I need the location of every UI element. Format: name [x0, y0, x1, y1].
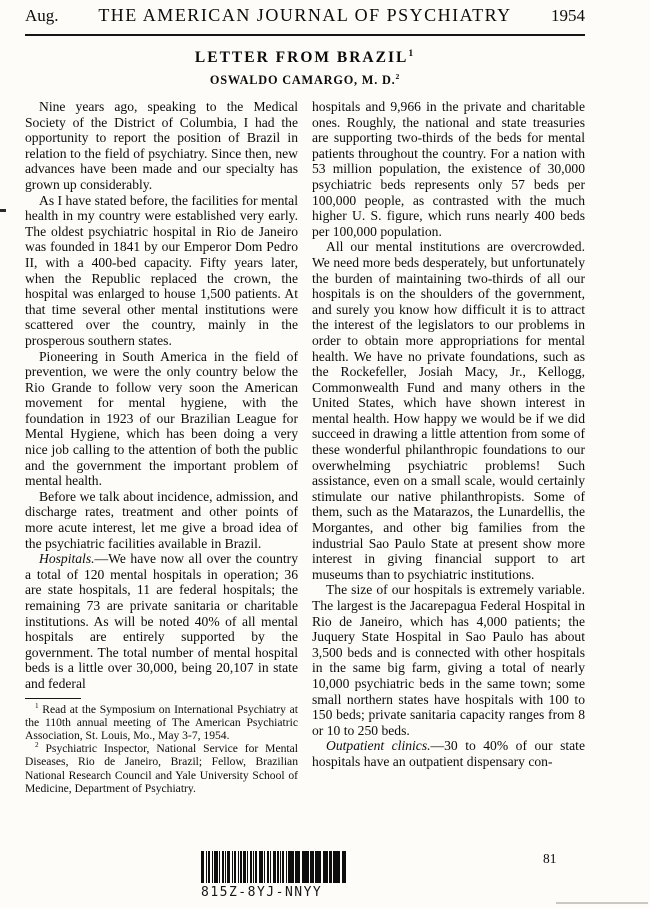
article-author-text: OSWALDO CAMARGO, M. D. — [210, 73, 396, 87]
scan-artifact-left-mark — [0, 209, 6, 212]
paragraph: Before we talk about incidence, admissio… — [25, 489, 298, 551]
paragraph: Hospitals.—We have now all over the coun… — [25, 551, 298, 691]
barcode-bar — [302, 851, 309, 883]
barcode-bars — [201, 851, 387, 883]
footnote: 2 Psychiatric Inspector, National Servic… — [25, 742, 298, 795]
paragraph: As I have stated before, the facilities … — [25, 193, 298, 349]
scan-artifact-bottom-line — [556, 902, 648, 904]
page-content: Aug. THE AMERICAN JOURNAL OF PSYCHIATRY … — [25, 0, 585, 795]
footnote-marker: 2 — [35, 741, 39, 749]
article-author: OSWALDO CAMARGO, M. D.2 — [25, 73, 585, 88]
article-title-text: LETTER FROM BRAZIL — [195, 49, 408, 66]
paragraph: Nine years ago, speaking to the Medical … — [25, 99, 298, 193]
right-column-paragraphs: hospitals and 9,966 in the private and c… — [312, 99, 585, 770]
footnote-marker: 1 — [35, 702, 39, 710]
barcode-bar — [342, 851, 346, 883]
two-column-body: Nine years ago, speaking to the Medical … — [25, 99, 585, 795]
left-column: Nine years ago, speaking to the Medical … — [25, 99, 298, 795]
left-column-paragraphs: Nine years ago, speaking to the Medical … — [25, 99, 298, 692]
header-year: 1954 — [551, 6, 585, 26]
page-number: 81 — [543, 851, 557, 867]
paragraph: Outpatient clinics.—30 to 40% of our sta… — [312, 738, 585, 769]
barcode: 815Z-8YJ-NNYY — [201, 851, 387, 900]
paragraph: The size of our hospitals is extremely v… — [312, 582, 585, 738]
paragraph: hospitals and 9,966 in the private and c… — [312, 99, 585, 239]
footnote: 1 Read at the Symposium on International… — [25, 703, 298, 743]
article-title: LETTER FROM BRAZIL1 — [25, 49, 585, 67]
footnote-rule — [25, 698, 81, 699]
header-rule — [25, 34, 585, 36]
barcode-bar — [333, 851, 340, 883]
footnotes-block: 1 Read at the Symposium on International… — [25, 703, 298, 795]
barcode-label: 815Z-8YJ-NNYY — [201, 885, 387, 900]
paragraph-lead-italic: Hospitals. — [39, 551, 95, 566]
right-column: hospitals and 9,966 in the private and c… — [312, 99, 585, 795]
header-journal-title: THE AMERICAN JOURNAL OF PSYCHIATRY — [25, 5, 585, 26]
paragraph: Pioneering in South America in the field… — [25, 349, 298, 489]
paragraph-lead-italic: Outpatient clinics. — [326, 738, 431, 753]
author-footnote-marker: 2 — [396, 72, 401, 81]
title-footnote-marker: 1 — [408, 48, 415, 59]
journal-page: Aug. THE AMERICAN JOURNAL OF PSYCHIATRY … — [0, 0, 650, 908]
running-header: Aug. THE AMERICAN JOURNAL OF PSYCHIATRY … — [25, 0, 585, 32]
paragraph: All our mental institutions are overcrow… — [312, 239, 585, 582]
